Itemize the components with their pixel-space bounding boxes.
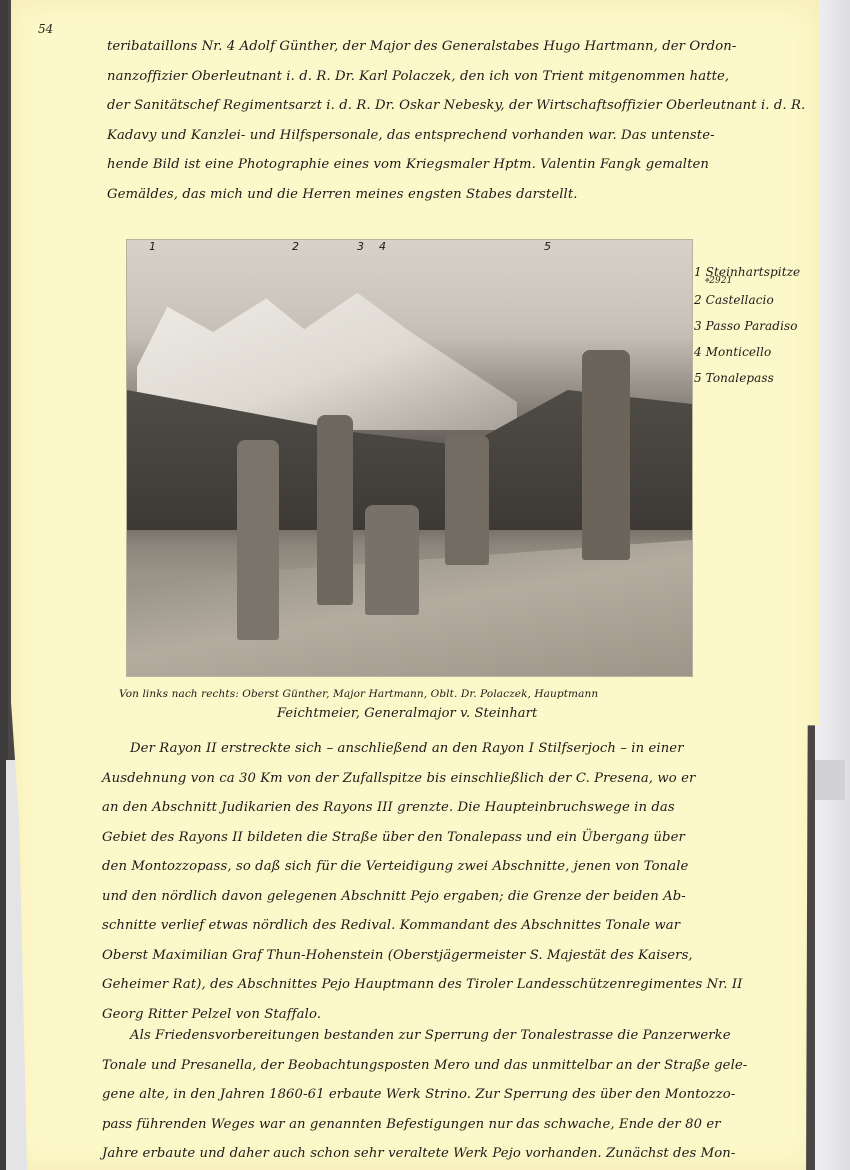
legend-item: 4 Monticello (694, 339, 819, 365)
photo-label-1: 1 (149, 240, 156, 253)
photo-caption: Von links nach rechts: Oberst Günther, M… (119, 686, 719, 726)
text-line: Oberst Maximilian Graf Thun-Hohenstein (… (102, 941, 822, 971)
legend-item: 5 Tonalepass (694, 365, 819, 391)
sheet-notch (815, 760, 845, 800)
text-line: Als Friedensvorbereitungen bestanden zur… (102, 1021, 822, 1051)
officer-figure-4 (445, 435, 489, 565)
text-line: schnitte verlief etwas nördlich des Redi… (102, 911, 822, 941)
officer-figure-3 (365, 505, 419, 615)
text-line: Gebiet des Rayons II bildeten die Straße… (102, 823, 822, 853)
text-line: und den nördlich davon gelegenen Abschni… (102, 882, 822, 912)
text-line: Jahre erbaute und daher auch schon sehr … (102, 1139, 822, 1169)
photo-label-3: 3 (357, 240, 364, 253)
legend-item: 2 Castellacio (694, 287, 819, 313)
text-line: hende Bild ist eine Photographie eines v… (107, 150, 817, 180)
top-paragraph: teribataillons Nr. 4 Adolf Günther, der … (107, 32, 817, 209)
painting-photograph: 1 2 3 4 5 (127, 240, 692, 676)
manuscript-page: 54 teribataillons Nr. 4 Adolf Günther, d… (11, 0, 819, 1170)
legend-item: 3 Passo Paradiso (694, 313, 819, 339)
text-line: den Montozzopass, so daß sich für die Ve… (102, 852, 822, 882)
photo-label-4: 4 (379, 240, 386, 253)
caption-line-2: Feichtmeier, Generalmajor v. Steinhart (119, 702, 719, 726)
officer-figure-2 (317, 415, 353, 605)
photo-label-5: 5 (544, 240, 551, 253)
text-line: pass führenden Weges war an genannten Be… (102, 1110, 822, 1140)
text-line: Gemäldes, das mich und die Herren meines… (107, 180, 817, 210)
text-line: nanzoffizier Oberleutnant i. d. R. Dr. K… (107, 62, 817, 92)
text-line: Der Rayon II erstreckte sich – anschließ… (102, 734, 822, 764)
text-line: Kadavy und Kanzlei- und Hilfspersonale, … (107, 121, 817, 151)
underlying-sheet-right (815, 0, 850, 1170)
photo-label-2: 2 (292, 240, 299, 253)
text-line: Ausdehnung von ca 30 Km von der Zufallsp… (102, 764, 822, 794)
bottom-paragraph: Als Friedensvorbereitungen bestanden zur… (102, 1021, 822, 1169)
text-line: Tonale und Presanella, der Beobachtungsp… (102, 1051, 822, 1081)
officer-figure-1 (237, 440, 279, 640)
text-line: gene alte, in den Jahren 1860-61 erbaute… (102, 1080, 822, 1110)
photo-legend: 1 Steinhartspitze ⌖2921 2 Castellacio 3 … (694, 259, 819, 391)
text-line: an den Abschnitt Judikarien des Rayons I… (102, 793, 822, 823)
officer-figure-5 (582, 350, 630, 560)
text-line: Geheimer Rat), des Abschnittes Pejo Haup… (102, 970, 822, 1000)
caption-line-1: Von links nach rechts: Oberst Günther, M… (119, 686, 719, 702)
text-line: der Sanitätschef Regimentsarzt i. d. R. … (107, 91, 817, 121)
middle-paragraph: Der Rayon II erstreckte sich – anschließ… (102, 734, 822, 1029)
text-line: teribataillons Nr. 4 Adolf Günther, der … (107, 32, 817, 62)
page-number: 54 (38, 22, 53, 36)
